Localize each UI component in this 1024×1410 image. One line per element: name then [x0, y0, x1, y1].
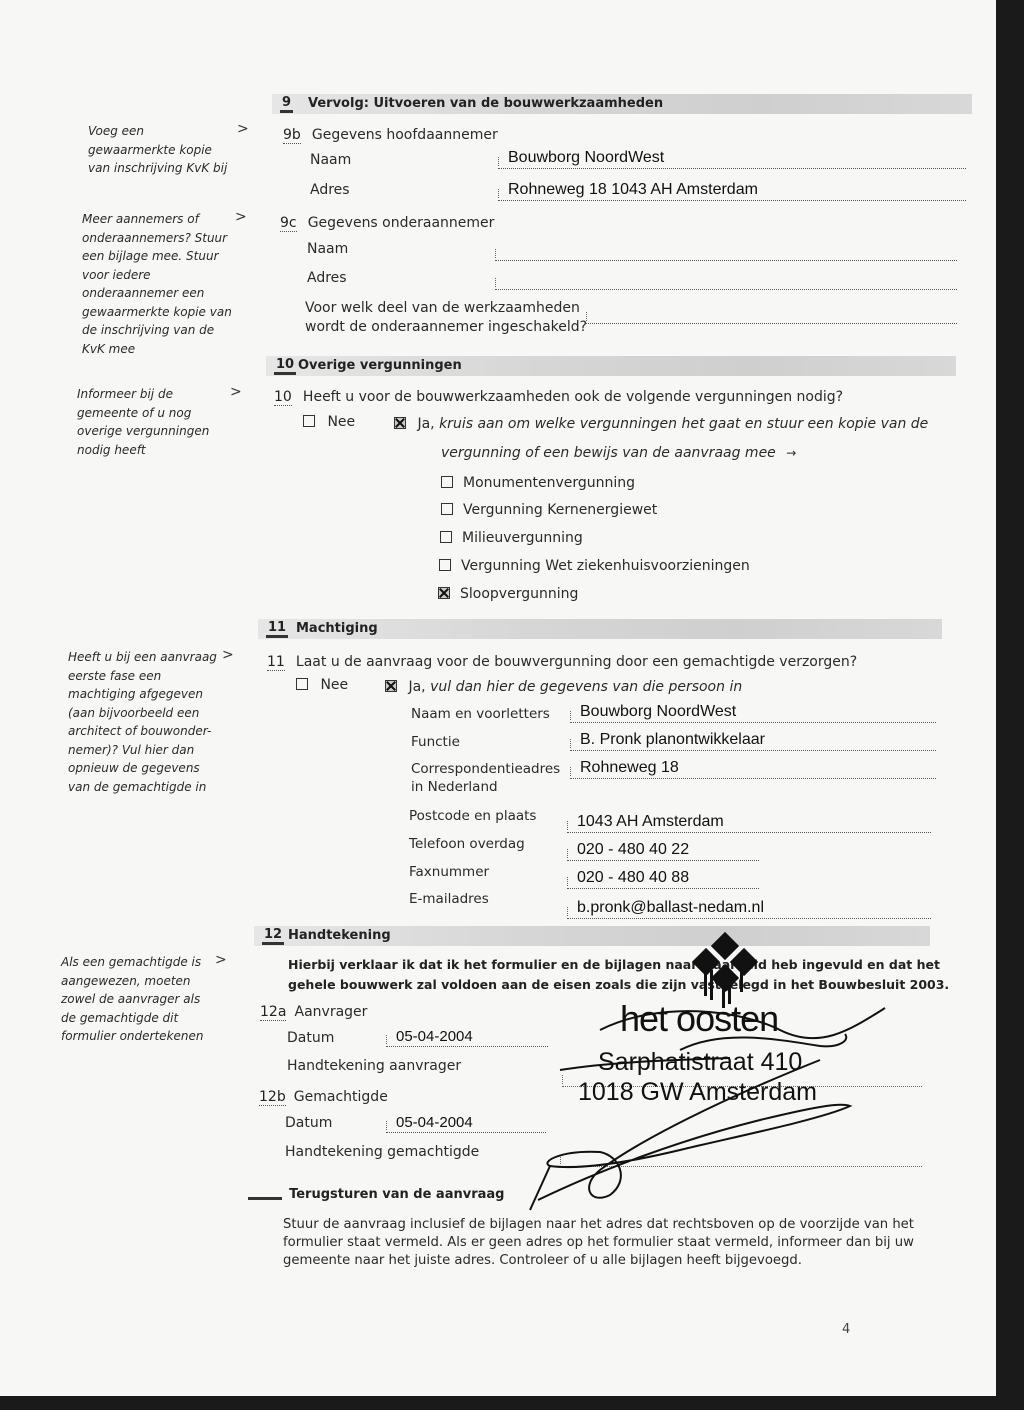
side-note-10: Informeer bij de gemeente of u nog overi…: [77, 385, 227, 459]
field-label: Faxnummer: [409, 863, 489, 881]
gemachtigde-field[interactable]: Bouwborg NoordWest: [570, 700, 936, 723]
gemachtigde-field[interactable]: b.pronk@ballast-nedam.nl: [567, 896, 931, 919]
side-arrow: >: [237, 121, 249, 137]
field-label: Postcode en plaats: [409, 807, 536, 825]
hoofdaannemer-adres-field[interactable]: Rohneweg 18 1043 AH Amsterdam: [498, 178, 966, 201]
section-number: 10: [274, 357, 296, 375]
checkbox-ja[interactable]: [385, 680, 397, 692]
question-12b: 12b Gemachtigde: [259, 1086, 388, 1105]
field-value: 05-04-2004: [396, 1114, 473, 1131]
page-number: 4: [842, 1322, 850, 1337]
question-number: 11: [267, 654, 285, 671]
field-value: Rohneweg 18 1043 AH Amsterdam: [508, 181, 758, 199]
gemachtigde-field[interactable]: 020 - 480 40 22: [567, 838, 759, 861]
vergunning-option[interactable]: Monumentenvergunning: [441, 475, 635, 491]
vergunning-option[interactable]: Sloopvergunning: [438, 586, 578, 602]
checkbox[interactable]: [441, 503, 453, 515]
section-title: Overige vergunningen: [298, 358, 462, 373]
section-title: Machtiging: [296, 621, 378, 636]
question-10: 10 Heeft u voor de bouwwerkzaamheden ook…: [274, 386, 843, 405]
question-number: 9b: [283, 127, 301, 144]
field-label-deel: Voor welk deel van de werkzaamheden: [305, 300, 580, 316]
onderaannemer-adres-field[interactable]: [495, 267, 957, 290]
section-10-header: 10 Overige vergunningen: [266, 356, 956, 376]
section-title: Vervolg: Uitvoeren van de bouwwerkzaamhe…: [308, 96, 663, 111]
side-note-12: Als een gemachtigde is aangewezen, moete…: [61, 953, 216, 1046]
gemachtigde-field[interactable]: 020 - 480 40 88: [567, 866, 759, 889]
question-number: 10: [274, 389, 292, 406]
side-note-9c: Meer aannemers of onderaannemers? Stuur …: [82, 210, 232, 358]
handwritten-signature-icon: [520, 990, 900, 1220]
checkbox-ja[interactable]: [394, 417, 406, 429]
onderaannemer-naam-field[interactable]: [495, 238, 957, 261]
field-label-datum: Datum: [285, 1115, 332, 1131]
section-11-header: 11 Machtiging: [258, 619, 942, 639]
field-value: 1043 AH Amsterdam: [577, 813, 724, 831]
question-number: 12b: [259, 1089, 286, 1106]
onderaannemer-deel-field[interactable]: [586, 301, 957, 324]
field-value: Rohneweg 18: [580, 759, 679, 777]
gemachtigde-field[interactable]: B. Pronk planontwikkelaar: [570, 728, 936, 751]
field-value: Bouwborg NoordWest: [580, 703, 736, 721]
field-value: Bouwborg NoordWest: [508, 149, 664, 167]
question-number: 9c: [280, 215, 297, 232]
checkbox[interactable]: [440, 531, 452, 543]
field-value: 020 - 480 40 88: [577, 869, 689, 887]
vergunning-option[interactable]: Vergunning Wet ziekenhuisvoorzieningen: [439, 558, 750, 574]
return-section-header: Terugsturen van de aanvraag: [248, 1183, 504, 1202]
field-label: E-mailadres: [409, 890, 489, 908]
field-value: 05-04-2004: [396, 1028, 473, 1045]
vergunning-option[interactable]: Vergunning Kernenergiewet: [441, 502, 657, 518]
question-label: Aanvrager: [295, 1004, 368, 1020]
field-label: Naam en voorletters: [411, 705, 550, 723]
field-value: b.pronk@ballast-nedam.nl: [577, 899, 764, 917]
option-nee[interactable]: Nee: [296, 677, 348, 693]
field-label-datum: Datum: [287, 1030, 334, 1046]
field-label-naam: Naam: [310, 152, 351, 168]
vergunning-option[interactable]: Milieuvergunning: [440, 530, 583, 546]
return-text-line-3: gemeente naar het juiste adres. Controle…: [283, 1253, 802, 1268]
question-number: 12a: [260, 1004, 286, 1021]
checkbox-nee[interactable]: [296, 678, 308, 690]
field-label: Telefoon overdag: [409, 835, 525, 853]
question-9c: 9c Gegevens onderaannemer: [280, 212, 494, 231]
gemachtigde-field[interactable]: 1043 AH Amsterdam: [567, 810, 931, 833]
section-9-header: 9 Vervolg: Uitvoeren van de bouwwerkzaam…: [272, 94, 972, 114]
side-arrow: >: [230, 384, 242, 400]
field-label-deel-2: wordt de onderaannemer ingeschakeld?: [305, 319, 587, 335]
question-label: Gegevens hoofdaannemer: [312, 127, 498, 143]
question-label: Heeft u voor de bouwwerkzaamheden ook de…: [303, 389, 843, 405]
field-value: B. Pronk planontwikkelaar: [580, 731, 765, 749]
option-nee[interactable]: Nee: [303, 414, 355, 430]
field-label: Functie: [411, 733, 460, 751]
side-note-9b: Voeg een gewaarmerkte kopie van inschrij…: [88, 122, 233, 178]
question-11: 11 Laat u de aanvraag voor de bouwvergun…: [267, 651, 857, 670]
section-number: 12: [262, 927, 284, 945]
field-value: 020 - 480 40 22: [577, 841, 689, 859]
section-12-header: 12 Handtekening: [254, 926, 930, 946]
side-arrow: >: [222, 647, 234, 663]
side-arrow: >: [235, 209, 247, 225]
section-title: Handtekening: [288, 928, 391, 943]
question-12a: 12a Aanvrager: [260, 1001, 367, 1020]
hoofdaannemer-naam-field[interactable]: Bouwborg NoordWest: [498, 146, 966, 169]
side-arrow: >: [215, 952, 227, 968]
side-note-11: Heeft u bij een aanvraag eerste fase een…: [68, 648, 223, 796]
gemachtigde-field[interactable]: Rohneweg 18: [570, 756, 936, 779]
checkbox-nee[interactable]: [303, 415, 315, 427]
question-label: Gemachtigde: [294, 1089, 388, 1105]
field-label-handtekening-aanvrager: Handtekening aanvrager: [287, 1058, 461, 1074]
option-ja[interactable]: Ja, kruis aan om welke vergunningen het …: [394, 416, 928, 432]
return-title: Terugsturen van de aanvraag: [289, 1187, 504, 1202]
option-ja[interactable]: Ja, vul dan hier de gegevens van die per…: [385, 679, 742, 695]
declaration-line-1: Hierbij verklaar ik dat ik het formulier…: [288, 957, 940, 972]
scanned-page: 9 Vervolg: Uitvoeren van de bouwwerkzaam…: [0, 0, 996, 1396]
question-9b: 9b Gegevens hoofdaannemer: [283, 124, 498, 143]
return-text-line-1: Stuur de aanvraag inclusief de bijlagen …: [283, 1217, 914, 1232]
question-label: Gegevens onderaannemer: [308, 215, 495, 231]
field-label-adres: Adres: [307, 270, 347, 286]
checkbox[interactable]: [439, 559, 451, 571]
field-label-adres: Adres: [310, 182, 350, 198]
section-number: 9: [280, 95, 293, 113]
checkbox[interactable]: [441, 476, 453, 488]
field-label-handtekening-gemachtigde: Handtekening gemachtigde: [285, 1144, 479, 1160]
return-text-line-2: formulier staat vermeld. Als er geen adr…: [283, 1235, 914, 1250]
field-label-naam: Naam: [307, 241, 348, 257]
field-label: Correspondentieadresin Nederland: [411, 760, 560, 796]
ja-instruction-continued: vergunning of een bewijs van de aanvraag…: [441, 445, 796, 461]
checkbox[interactable]: [438, 587, 450, 599]
section-number: 11: [266, 620, 288, 638]
arrow-right-icon: →: [786, 446, 796, 460]
question-label: Laat u de aanvraag voor de bouwvergunnin…: [296, 654, 857, 670]
